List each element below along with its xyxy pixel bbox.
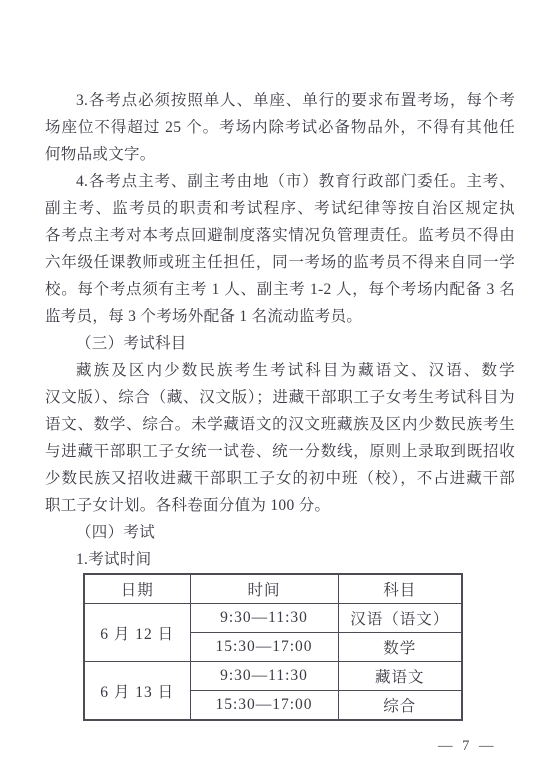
text-line: 3.各考点必须按照单人、单座、单行的要求布置考场，每个考 (45, 87, 515, 114)
text-line: 副主考、监考员的职责和考试程序、考试纪律等按自治区规定执行。 (45, 195, 515, 222)
exam-schedule-table: 日期时间科目 6 月 12 日9:30—11:30汉语（语文）15:30—17:… (83, 573, 463, 721)
text-line: 语文、数学、综合。未学藏语文的汉文班藏族及区内少数民族考生 (45, 411, 515, 438)
time-cell: 9:30—11:30 (190, 662, 338, 691)
time-cell: 9:30—11:30 (190, 604, 338, 633)
document-lines: 3.各考点必须按照单人、单座、单行的要求布置考场，每个考场座位不得超过 25 个… (45, 87, 515, 573)
text-line: 汉文版）、综合（藏、汉文版）；进藏干部职工子女考生考试科目为 (45, 384, 515, 411)
exam-table-header-cell: 科目 (338, 574, 462, 604)
subject-cell: 综合 (338, 691, 462, 721)
scanned-document-page: 3.各考点必须按照单人、单座、单行的要求布置考场，每个考场座位不得超过 25 个… (0, 0, 554, 774)
text-line: 与进藏干部职工子女统一试卷、统一分数线，原则上录取到既招收 (45, 438, 515, 465)
exam-table-header-row: 日期时间科目 (84, 574, 462, 604)
subject-cell: 藏语文 (338, 662, 462, 691)
page-number: — 7 — (438, 738, 497, 755)
text-line: （三）考试科目 (45, 330, 515, 357)
exam-table-header-cell: 时间 (190, 574, 338, 604)
text-line: 各考点主考对本考点回避制度落实情况负管理责任。监考员不得由 (45, 222, 515, 249)
text-line: 何物品或文字。 (45, 141, 515, 168)
exam-table-row: 6 月 13 日9:30—11:30藏语文 (84, 662, 462, 691)
subject-cell: 汉语（语文） (338, 604, 462, 633)
exam-table-body: 6 月 12 日9:30—11:30汉语（语文）15:30—17:00数学6 月… (84, 604, 462, 721)
exam-table-header-cell: 日期 (84, 574, 190, 604)
text-line: 1.考试时间 (45, 546, 515, 573)
subject-cell: 数学 (338, 633, 462, 662)
text-line: 监考员，每 3 个考场外配备 1 名流动监考员。 (45, 303, 515, 330)
text-line: 校。每个考点须有主考 1 人、副主考 1-2 人，每个考场内配备 3 名 (45, 276, 515, 303)
time-cell: 15:30—17:00 (190, 691, 338, 721)
text-line: 4.各考点主考、副主考由地（市）教育行政部门委任。主考、 (45, 168, 515, 195)
text-line: （四）考试 (45, 519, 515, 546)
text-line: 藏族及区内少数民族考生考试科目为藏语文、汉语、数学（藏、 (45, 357, 515, 384)
time-cell: 15:30—17:00 (190, 633, 338, 662)
text-line: 少数民族又招收进藏干部职工子女的初中班（校），不占进藏干部 (45, 465, 515, 492)
date-cell: 6 月 12 日 (84, 604, 190, 662)
text-line: 六年级任课教师或班主任担任，同一考场的监考员不得来自同一学 (45, 249, 515, 276)
text-line: 场座位不得超过 25 个。考场内除考试必备物品外，不得有其他任 (45, 114, 515, 141)
text-line: 职工子女计划。各科卷面分值为 100 分。 (45, 492, 515, 519)
date-cell: 6 月 13 日 (84, 662, 190, 721)
exam-table-row: 6 月 12 日9:30—11:30汉语（语文） (84, 604, 462, 633)
